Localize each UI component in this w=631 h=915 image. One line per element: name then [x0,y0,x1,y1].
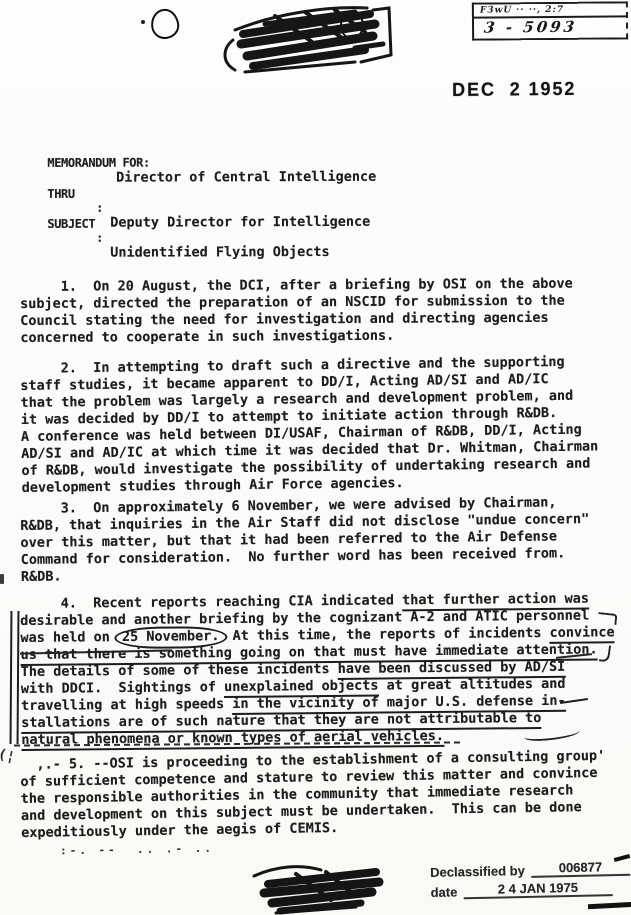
routing-note: F3wU ·· ··, 2:7 [474,3,626,18]
memo-paragraph-5: ,.- 5. --OSI is proceeding to the establ… [20,748,625,842]
subject-colon: : [96,231,103,245]
text-run: 1. On 20 August, the DCI, after a briefi… [20,276,573,295]
memo-for-label: MEMORANDUM FOR: [47,156,149,170]
memo-paragraph-3: 3. On approximately 6 November, we were … [20,494,625,586]
text-run: travelling at high speeds [21,696,232,714]
routing-stamp-box: F3wU ·· ··, 2:7 3 - 5093 [472,1,628,40]
scanned-memo-page: F3wU ·· ··, 2:7 3 - 5093 DEC 2 1952 MEMO… [0,0,631,915]
declassified-by-label: Declassified by [430,863,525,880]
scan-artifact: (¦ [0,746,16,765]
text-run: At this time, the reports of incidents [224,625,549,644]
subject-value: Unidentified Flying Objects [110,244,330,261]
text-run: R&DB. [21,568,62,584]
text-run: Council stating the need for investigati… [20,310,548,329]
margin-emphasis-line [10,611,20,744]
declassified-date-label: date [430,884,457,900]
subject-label: SUBJECT [47,217,95,231]
redaction-scribble-icon [246,860,391,915]
declassified-date-row: date 2 4 JAN 1975 [430,879,612,900]
declassification-stamp: Declassified by 006877 date 2 4 JAN 1975 [430,859,631,903]
thru-row: THRU : Deputy Director for Intelligence [20,171,620,190]
declassified-date-value: 2 4 JAN 1975 [463,879,613,899]
text-run: at great altitudes and [378,676,565,694]
memo-paragraph-2: 2. In attempting to draft such a directi… [20,353,626,497]
text-run: was held on [20,629,118,646]
pen-mark [597,612,617,625]
pen-mark [588,902,631,909]
underlined-text: natural phenomena or known types of aeri… [21,728,444,751]
memo-for-row: MEMORANDUM FOR: Director of Central Inte… [20,140,620,159]
routing-number: 3 - 5093 [473,17,628,38]
memo-paragraph-1: 1. On 20 August, the DCI, after a briefi… [20,275,624,347]
redaction-scribble-icon [205,0,400,78]
scan-dot [141,20,145,24]
subject-row: SUBJECT : Unidentified Flying Objects [20,201,620,220]
text-run: concerned to cooperate in such investiga… [20,328,394,346]
date-received-stamp: DEC 2 1952 [452,79,576,102]
text-run: The details of some of these incidents [21,661,338,680]
hole-punch-icon [149,7,181,41]
memo-line: concerned to cooperate in such investiga… [20,326,624,347]
memo-paragraph-4: 4. Recent reports reaching CIA indicated… [20,590,625,749]
scan-artifact: :-. -- .. .- .. [60,842,214,858]
thru-label: THRU [47,187,74,201]
declassified-by-row: Declassified by 006877 [430,859,630,880]
scan-artifact [0,574,4,584]
text-run: with DDCI. Sightings of [21,679,224,697]
text-run: subject, directed the preparation of an … [20,293,565,312]
